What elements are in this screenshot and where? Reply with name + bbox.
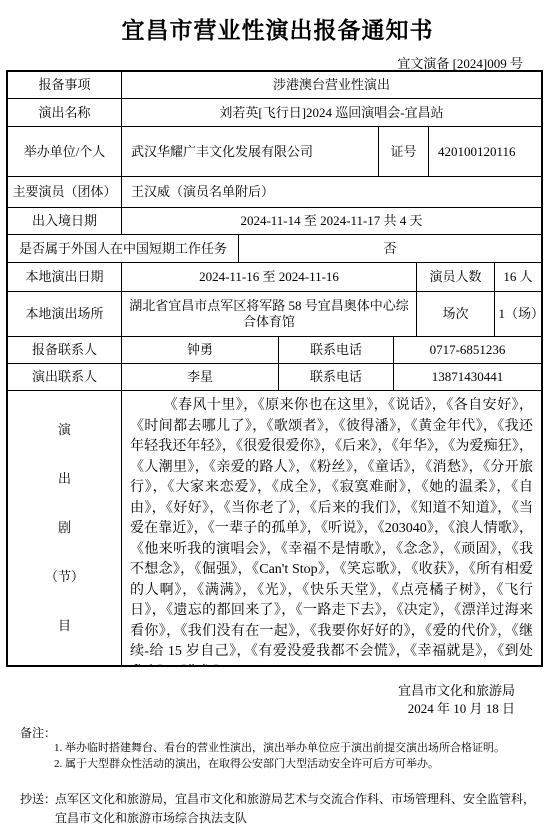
row-show-contact: 演出联系人 李星 联系电话 13871430441: [8, 364, 541, 391]
show-contact-label: 演出联系人: [8, 364, 122, 390]
cert-number-label: 证号: [379, 127, 429, 176]
program-label-char: 目: [58, 618, 71, 634]
row-local-date: 本地演出日期 2024-11-16 至 2024-11-16 演员人数 16 人: [8, 263, 541, 292]
row-program: 演 出 剧 （节） 目 《春风十里》，《原来你也在这里》，《说话》，《各自安好》…: [8, 391, 541, 665]
note-item: 2. 属于大型群众性活动的演出，在取得公安部门大型活动安全许可后方可举办。: [20, 757, 545, 773]
page-title: 宜昌市营业性演出报备通知书: [0, 12, 555, 45]
show-name-label: 演出名称: [8, 99, 122, 126]
venue-value: 湖北省宜昌市点军区将军路 58 号宜昌奥体中心综合体育馆: [122, 292, 417, 336]
program-label: 演 出 剧 （节） 目: [8, 391, 122, 665]
note-item: 1. 举办临时搭建舞台、看台的营业性演出，演出举办单位应于演出前提交演出场所合格…: [20, 741, 545, 757]
show-contact-name: 李星: [122, 364, 279, 390]
organizer-label: 举办单位/个人: [8, 127, 122, 176]
sessions-label: 场次: [417, 292, 495, 336]
entry-exit-label: 出入境日期: [8, 208, 122, 234]
local-date-label: 本地演出日期: [8, 263, 122, 291]
filing-table: 报备事项 涉港澳台营业性演出 演出名称 刘若英[飞行日]2024 巡回演唱会-宜…: [6, 70, 543, 667]
filing-contact-name: 钟勇: [122, 337, 279, 363]
row-filing-contact: 报备联系人 钟勇 联系电话 0717-6851236: [8, 337, 541, 364]
organizer-value: 武汉华耀广丰文化发展有限公司: [122, 127, 379, 176]
filing-contact-label: 报备联系人: [8, 337, 122, 363]
row-organizer: 举办单位/个人 武汉华耀广丰文化发展有限公司 证号 420100120116: [8, 127, 541, 177]
program-label-char: 出: [58, 471, 71, 487]
row-entry-exit-dates: 出入境日期 2024-11-14 至 2024-11-17 共 4 天: [8, 208, 541, 235]
local-date-value: 2024-11-16 至 2024-11-16: [122, 263, 417, 291]
cert-number-value: 420100120116: [429, 127, 541, 176]
signature-block: 宜昌市文化和旅游局 2024 年 10 月 18 日: [0, 682, 515, 718]
performers-label: 主要演员（团体）: [8, 177, 122, 207]
filing-contact-phone-label: 联系电话: [279, 337, 394, 363]
row-filing-item: 报备事项 涉港澳台营业性演出: [8, 72, 541, 99]
notes-label: 备注：: [20, 724, 545, 741]
row-show-name: 演出名称 刘若英[飞行日]2024 巡回演唱会-宜昌站: [8, 99, 541, 127]
performer-count-value: 16 人: [495, 263, 541, 291]
program-label-char: 演: [58, 422, 71, 438]
notes-block: 备注： 1. 举办临时搭建舞台、看台的营业性演出，演出举办单位应于演出前提交演出…: [20, 724, 545, 772]
program-song-list: 《春风十里》，《原来你也在这里》，《说话》，《各自安好》，《时间都去哪儿了》，《…: [122, 391, 541, 665]
program-label-char: （节）: [45, 569, 84, 585]
show-contact-phone-label: 联系电话: [279, 364, 394, 390]
row-foreign-work: 是否属于外国人在中国短期工作任务 否: [8, 235, 541, 263]
filing-item-value: 涉港澳台营业性演出: [122, 72, 541, 98]
cc-value: 点军区文化和旅游局，宜昌市文化和旅游局艺术与交流合作科、市场管理科、安全监管科，…: [20, 790, 545, 828]
show-name-value: 刘若英[飞行日]2024 巡回演唱会-宜昌站: [122, 99, 541, 126]
entry-exit-value: 2024-11-14 至 2024-11-17 共 4 天: [122, 208, 541, 234]
performer-count-label: 演员人数: [417, 263, 495, 291]
filing-contact-phone: 0717-6851236: [394, 337, 541, 363]
filing-item-label: 报备事项: [8, 72, 122, 98]
issue-date: 2024 年 10 月 18 日: [0, 700, 515, 718]
venue-label: 本地演出场所: [8, 292, 122, 336]
row-performers: 主要演员（团体） 王汉威（演员名单附后）: [8, 177, 541, 208]
document-page: 宜昌市营业性演出报备通知书 宜文演备 [2024]009 号 报备事项 涉港澳台…: [0, 0, 555, 825]
foreign-work-label: 是否属于外国人在中国短期工作任务: [8, 235, 239, 262]
show-contact-phone: 13871430441: [394, 364, 541, 390]
foreign-work-value: 否: [239, 235, 541, 262]
program-label-char: 剧: [58, 520, 71, 536]
issuing-authority: 宜昌市文化和旅游局: [0, 682, 515, 700]
row-venue: 本地演出场所 湖北省宜昌市点军区将军路 58 号宜昌奥体中心综合体育馆 场次 1…: [8, 292, 541, 337]
cc-block: 抄送： 点军区文化和旅游局，宜昌市文化和旅游局艺术与交流合作科、市场管理科、安全…: [20, 790, 545, 828]
performers-value: 王汉威（演员名单附后）: [122, 177, 541, 207]
doc-number: 宜文演备 [2024]009 号: [0, 53, 555, 71]
cc-label: 抄送：: [20, 790, 56, 809]
sessions-value: 1（场）: [495, 292, 541, 336]
